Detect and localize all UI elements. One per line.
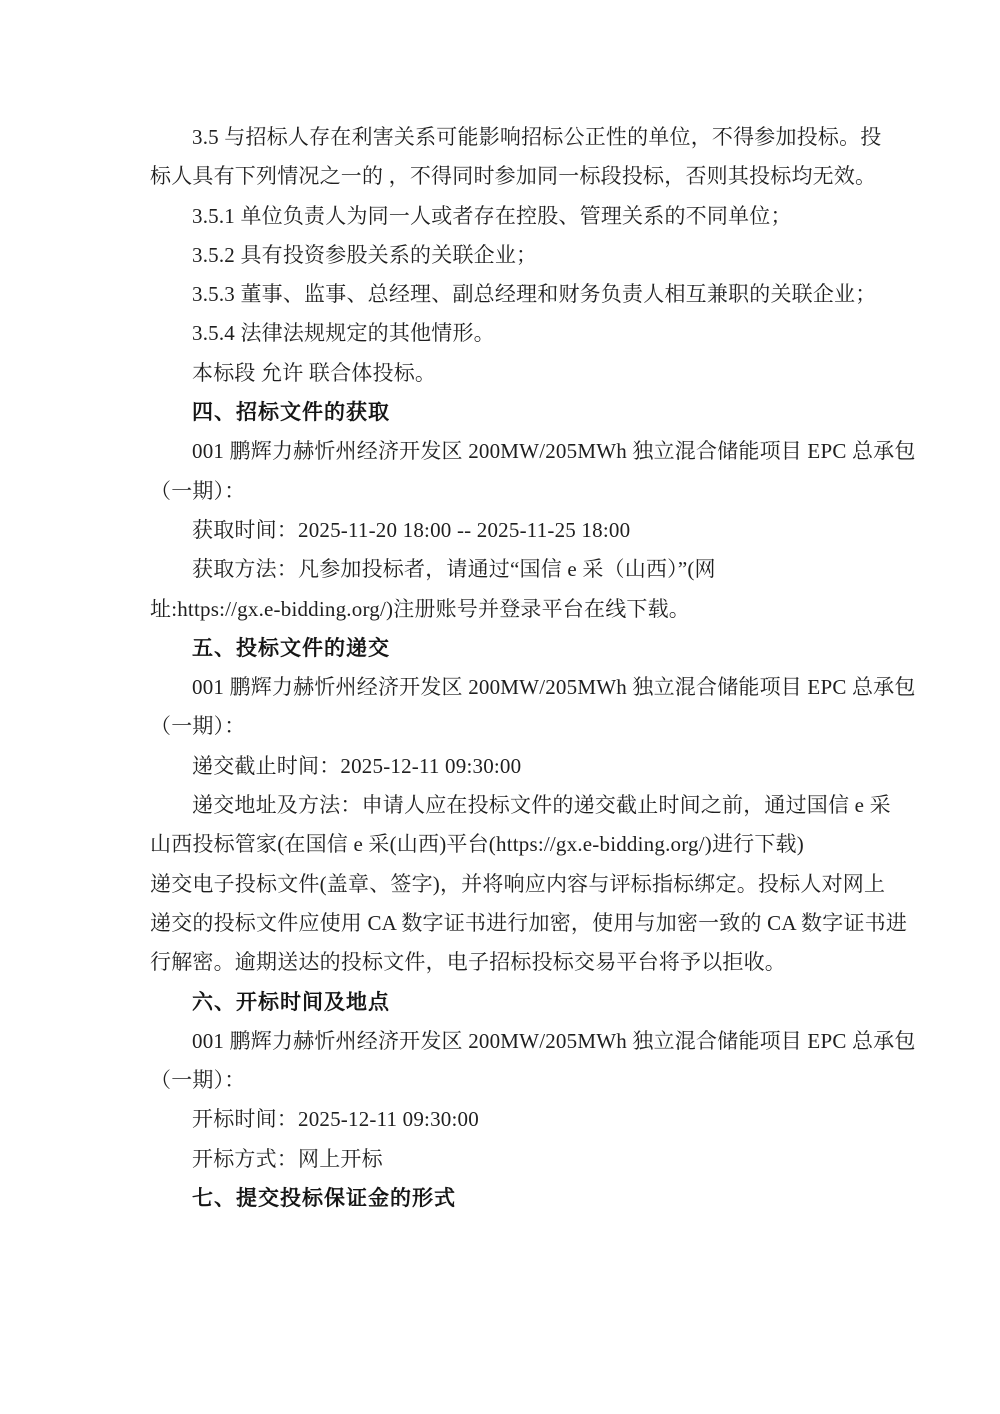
document-line: 递交的投标文件应使用 CA 数字证书进行加密，使用与加密一致的 CA 数字证书进 bbox=[150, 904, 860, 943]
document-line: 获取时间：2025-11-20 18:00 -- 2025-11-25 18:0… bbox=[150, 511, 860, 550]
document-line: 001 鹏辉力赫忻州经济开发区 200MW/205MWh 独立混合储能项目 EP… bbox=[150, 1022, 860, 1061]
document-page: 3.5 与招标人存在利害关系可能影响招标公正性的单位，不得参加投标。投标人具有下… bbox=[0, 0, 1000, 1414]
document-line: 3.5 与招标人存在利害关系可能影响招标公正性的单位，不得参加投标。投 bbox=[150, 118, 860, 157]
document-body: 3.5 与招标人存在利害关系可能影响招标公正性的单位，不得参加投标。投标人具有下… bbox=[150, 118, 860, 1218]
document-line: 标人具有下列情况之一的 ，不得同时参加同一标段投标，否则其投标均无效。 bbox=[150, 157, 860, 196]
document-line: 行解密。逾期送达的投标文件，电子招标投标交易平台将予以拒收。 bbox=[150, 943, 860, 982]
document-line: 3.5.3 董事、监事、总经理、副总经理和财务负责人相互兼职的关联企业； bbox=[150, 275, 860, 314]
document-line: 山西投标管家(在国信 e 采(山西)平台(https://gx.e-biddin… bbox=[150, 825, 860, 864]
document-line: （一期）： bbox=[150, 707, 860, 746]
section-heading: 六、开标时间及地点 bbox=[150, 983, 860, 1022]
document-line: 址:https://gx.e-bidding.org/)注册账号并登录平台在线下… bbox=[150, 590, 860, 629]
document-line: 开标时间：2025-12-11 09:30:00 bbox=[150, 1100, 860, 1139]
document-line: 递交地址及方法：申请人应在投标文件的递交截止时间之前，通过国信 e 采 bbox=[150, 786, 860, 825]
document-line: 递交电子投标文件(盖章、签字)，并将响应内容与评标指标绑定。投标人对网上 bbox=[150, 865, 860, 904]
document-line: （一期）： bbox=[150, 1061, 860, 1100]
section-heading: 四、招标文件的获取 bbox=[150, 393, 860, 432]
document-line: 3.5.2 具有投资参股关系的关联企业； bbox=[150, 236, 860, 275]
section-heading: 五、投标文件的递交 bbox=[150, 629, 860, 668]
document-line: 3.5.1 单位负责人为同一人或者存在控股、管理关系的不同单位； bbox=[150, 197, 860, 236]
document-line: 001 鹏辉力赫忻州经济开发区 200MW/205MWh 独立混合储能项目 EP… bbox=[150, 432, 860, 471]
section-heading: 七、提交投标保证金的形式 bbox=[150, 1179, 860, 1218]
document-line: 3.5.4 法律法规规定的其他情形。 bbox=[150, 314, 860, 353]
document-line: 递交截止时间：2025-12-11 09:30:00 bbox=[150, 747, 860, 786]
document-line: （一期）： bbox=[150, 472, 860, 511]
document-line: 获取方法：凡参加投标者，请通过“国信 e 采（山西）”(网 bbox=[150, 550, 860, 589]
document-line: 本标段 允许 联合体投标。 bbox=[150, 354, 860, 393]
document-line: 开标方式：网上开标 bbox=[150, 1140, 860, 1179]
document-line: 001 鹏辉力赫忻州经济开发区 200MW/205MWh 独立混合储能项目 EP… bbox=[150, 668, 860, 707]
